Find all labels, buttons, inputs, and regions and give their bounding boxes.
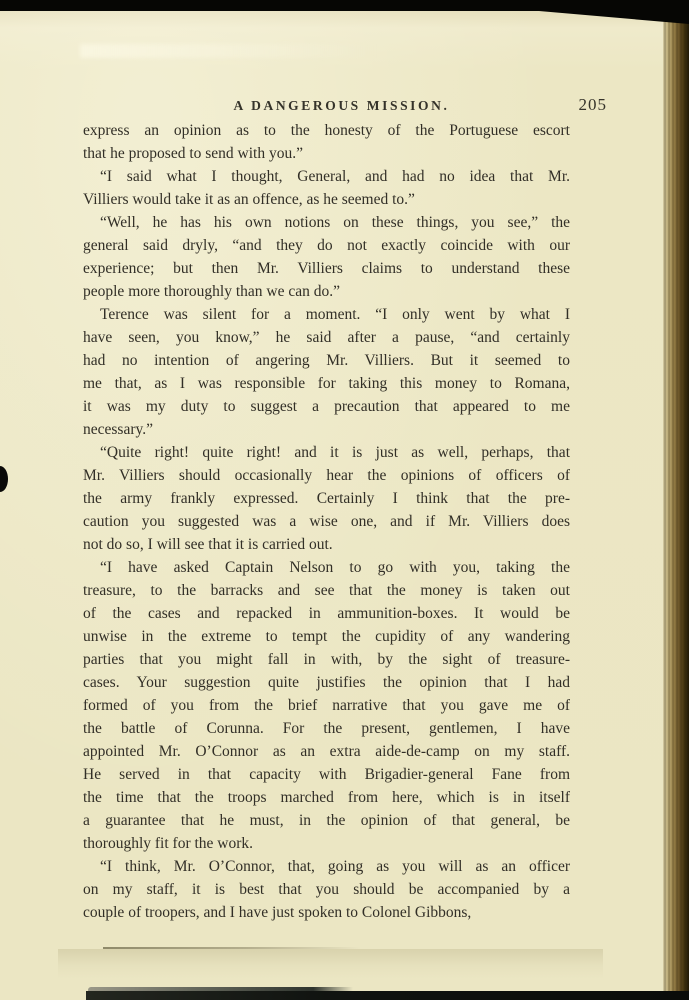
page-body: express an opinion as to the honesty of … — [83, 119, 570, 924]
paragraph: “I think, Mr. O’Connor, that, going as y… — [83, 855, 570, 924]
text-line: on my staff, it is best that you should … — [83, 878, 570, 901]
text-line: unwise in the extreme to tempt the cupid… — [83, 625, 570, 648]
text-line: “Quite right! quite right! and it is jus… — [83, 441, 570, 464]
text-line: He served in that capacity with Brigadie… — [83, 763, 570, 786]
text-line: couple of troopers, and I have just spok… — [83, 901, 570, 924]
text-line: necessary.” — [83, 418, 570, 441]
text-line: treasure, to the barracks and see that t… — [83, 579, 570, 602]
page-bottom-shadow — [58, 949, 603, 979]
text-line: cases. Your suggestion quite justifies t… — [83, 671, 570, 694]
text-line: parties that you might fall in with, by … — [83, 648, 570, 671]
book-fore-edge — [663, 8, 689, 996]
text-line: people more thoroughly than we can do.” — [83, 280, 570, 303]
text-line: experience; but then Mr. Villiers claims… — [83, 257, 570, 280]
text-line: not do so, I will see that it is carried… — [83, 533, 570, 556]
text-line: thoroughly fit for the work. — [83, 832, 570, 855]
text-line: a guarantee that he must, in the opinion… — [83, 809, 570, 832]
text-line: of the cases and repacked in ammunition-… — [83, 602, 570, 625]
book-photo: A DANGEROUS MISSION. 205 express an opin… — [0, 0, 689, 1000]
paragraph: “I have asked Captain Nelson to go with … — [83, 556, 570, 855]
paragraph: express an opinion as to the honesty of … — [83, 119, 570, 165]
text-line: appointed Mr. O’Connor as an extra aide-… — [83, 740, 570, 763]
paragraph: “I said what I thought, General, and had… — [83, 165, 570, 211]
paragraph: Terence was silent for a moment. “I only… — [83, 303, 570, 441]
text-line: the time that the troops marched from he… — [83, 786, 570, 809]
running-header-title: A DANGEROUS MISSION. — [83, 98, 570, 114]
text-line: “I have asked Captain Nelson to go with … — [83, 556, 570, 579]
text-line: had no intention of angering Mr. Villier… — [83, 349, 570, 372]
text-line: the army frankly expressed. Certainly I … — [83, 487, 570, 510]
text-line: “Well, he has his own notions on these t… — [83, 211, 570, 234]
book-page: A DANGEROUS MISSION. 205 express an opin… — [0, 10, 668, 1000]
text-line: me that, as I was responsible for taking… — [83, 372, 570, 395]
text-line: “I think, Mr. O’Connor, that, going as y… — [83, 855, 570, 878]
text-line: Terence was silent for a moment. “I only… — [83, 303, 570, 326]
text-line: it was my duty to suggest a precaution t… — [83, 395, 570, 418]
photo-bottom-border — [86, 991, 689, 1000]
page-light-streak — [80, 44, 410, 58]
running-header: A DANGEROUS MISSION. 205 — [83, 98, 570, 118]
paragraph: “Quite right! quite right! and it is jus… — [83, 441, 570, 556]
text-line: express an opinion as to the honesty of … — [83, 119, 570, 142]
text-line: the battle of Corunna. For the present, … — [83, 717, 570, 740]
text-line: caution you suggested was a wise one, an… — [83, 510, 570, 533]
paragraph: “Well, he has his own notions on these t… — [83, 211, 570, 303]
text-line: formed of you from the brief narrative t… — [83, 694, 570, 717]
text-line: Mr. Villiers should occasionally hear th… — [83, 464, 570, 487]
text-line: general said dryly, “and they do not exa… — [83, 234, 570, 257]
text-line: “I said what I thought, General, and had… — [83, 165, 570, 188]
page-number: 205 — [579, 95, 608, 115]
text-line: that he proposed to send with you.” — [83, 142, 570, 165]
text-line: have seen, you know,” he said after a pa… — [83, 326, 570, 349]
text-line: Villiers would take it as an offence, as… — [83, 188, 570, 211]
